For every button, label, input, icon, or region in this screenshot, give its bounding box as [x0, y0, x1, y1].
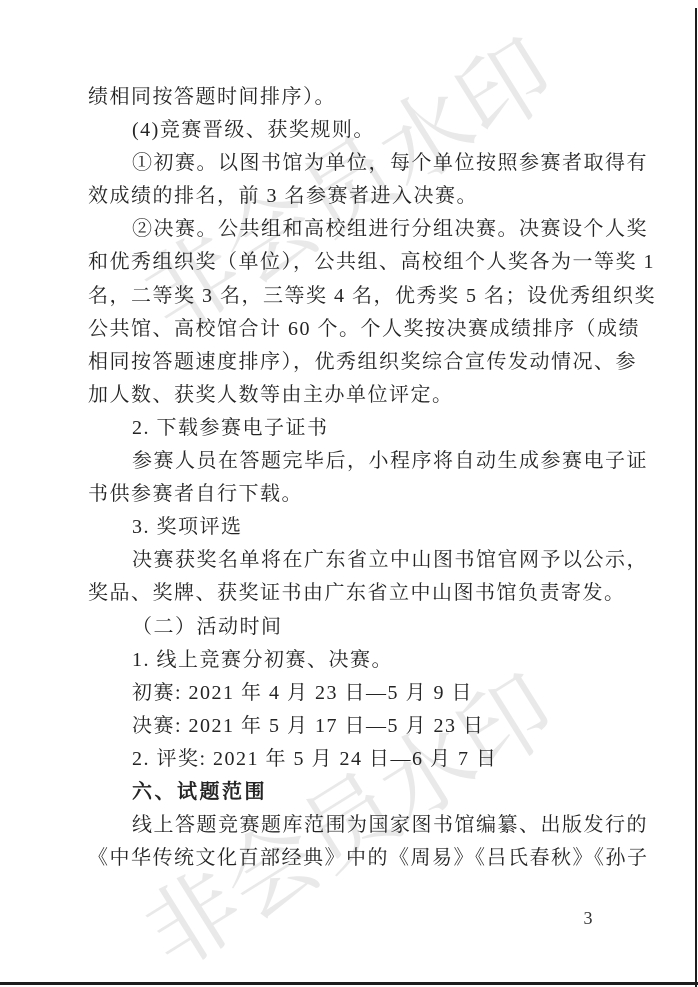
page-number: 3 [581, 908, 595, 929]
text-line: 决赛: 2021 年 5 月 17 日—5 月 23 日 [88, 710, 628, 743]
text-line: 3. 奖项评选 [88, 511, 628, 544]
document-page: 非会员水印 非会员水印 绩相同按答题时间排序）。 (4)竞赛晋级、获奖规则。 ①… [0, 0, 698, 987]
text-line: 2. 评奖: 2021 年 5 月 24 日—6 月 7 日 [88, 743, 628, 776]
text-line: 公共馆、高校馆合计 60 个。个人奖按决赛成绩排序（成绩 [88, 313, 628, 346]
text-line: 绩相同按答题时间排序）。 [88, 81, 628, 114]
text-line: 和优秀组织奖（单位），公共组、高校组个人奖各为一等奖 1 [88, 246, 628, 279]
document-body: 绩相同按答题时间排序）。 (4)竞赛晋级、获奖规则。 ①初赛。以图书馆为单位，每… [88, 81, 628, 875]
text-line: ①初赛。以图书馆为单位，每个单位按照参赛者取得有 [88, 147, 628, 180]
text-line: 参赛人员在答题完毕后，小程序将自动生成参赛电子证 [88, 445, 628, 478]
text-line: 2. 下载参赛电子证书 [88, 412, 628, 445]
text-line: 加人数、获奖人数等由主办单位评定。 [88, 379, 628, 412]
text-line: (4)竞赛晋级、获奖规则。 [88, 114, 628, 147]
text-line: ②决赛。公共组和高校组进行分组决赛。决赛设个人奖 [88, 213, 628, 246]
text-line: 效成绩的排名，前 3 名参赛者进入决赛。 [88, 180, 628, 213]
section-heading: 六、试题范围 [88, 776, 628, 809]
text-line: 书供参赛者自行下载。 [88, 478, 628, 511]
text-line: 1. 线上竞赛分初赛、决赛。 [88, 644, 628, 677]
text-line: （二）活动时间 [88, 611, 628, 644]
text-line: 名，二等奖 3 名，三等奖 4 名，优秀奖 5 名；设优秀组织奖 [88, 280, 628, 313]
page-bottom-edge-line [0, 982, 698, 985]
text-line: 奖品、奖牌、获奖证书由广东省立中山图书馆负责寄发。 [88, 577, 628, 610]
text-line: 初赛: 2021 年 4 月 23 日—5 月 9 日 [88, 677, 628, 710]
text-line: 决赛获奖名单将在广东省立中山图书馆官网予以公示， [88, 544, 628, 577]
text-line: 《中华传统文化百部经典》中的《周易》《吕氏春秋》《孙子 [88, 842, 628, 875]
text-line: 线上答题竞赛题库范围为国家图书馆编纂、出版发行的 [88, 809, 628, 842]
page-right-edge-line [695, 8, 697, 987]
text-line: 相同按答题速度排序），优秀组织奖综合宣传发动情况、参 [88, 346, 628, 379]
